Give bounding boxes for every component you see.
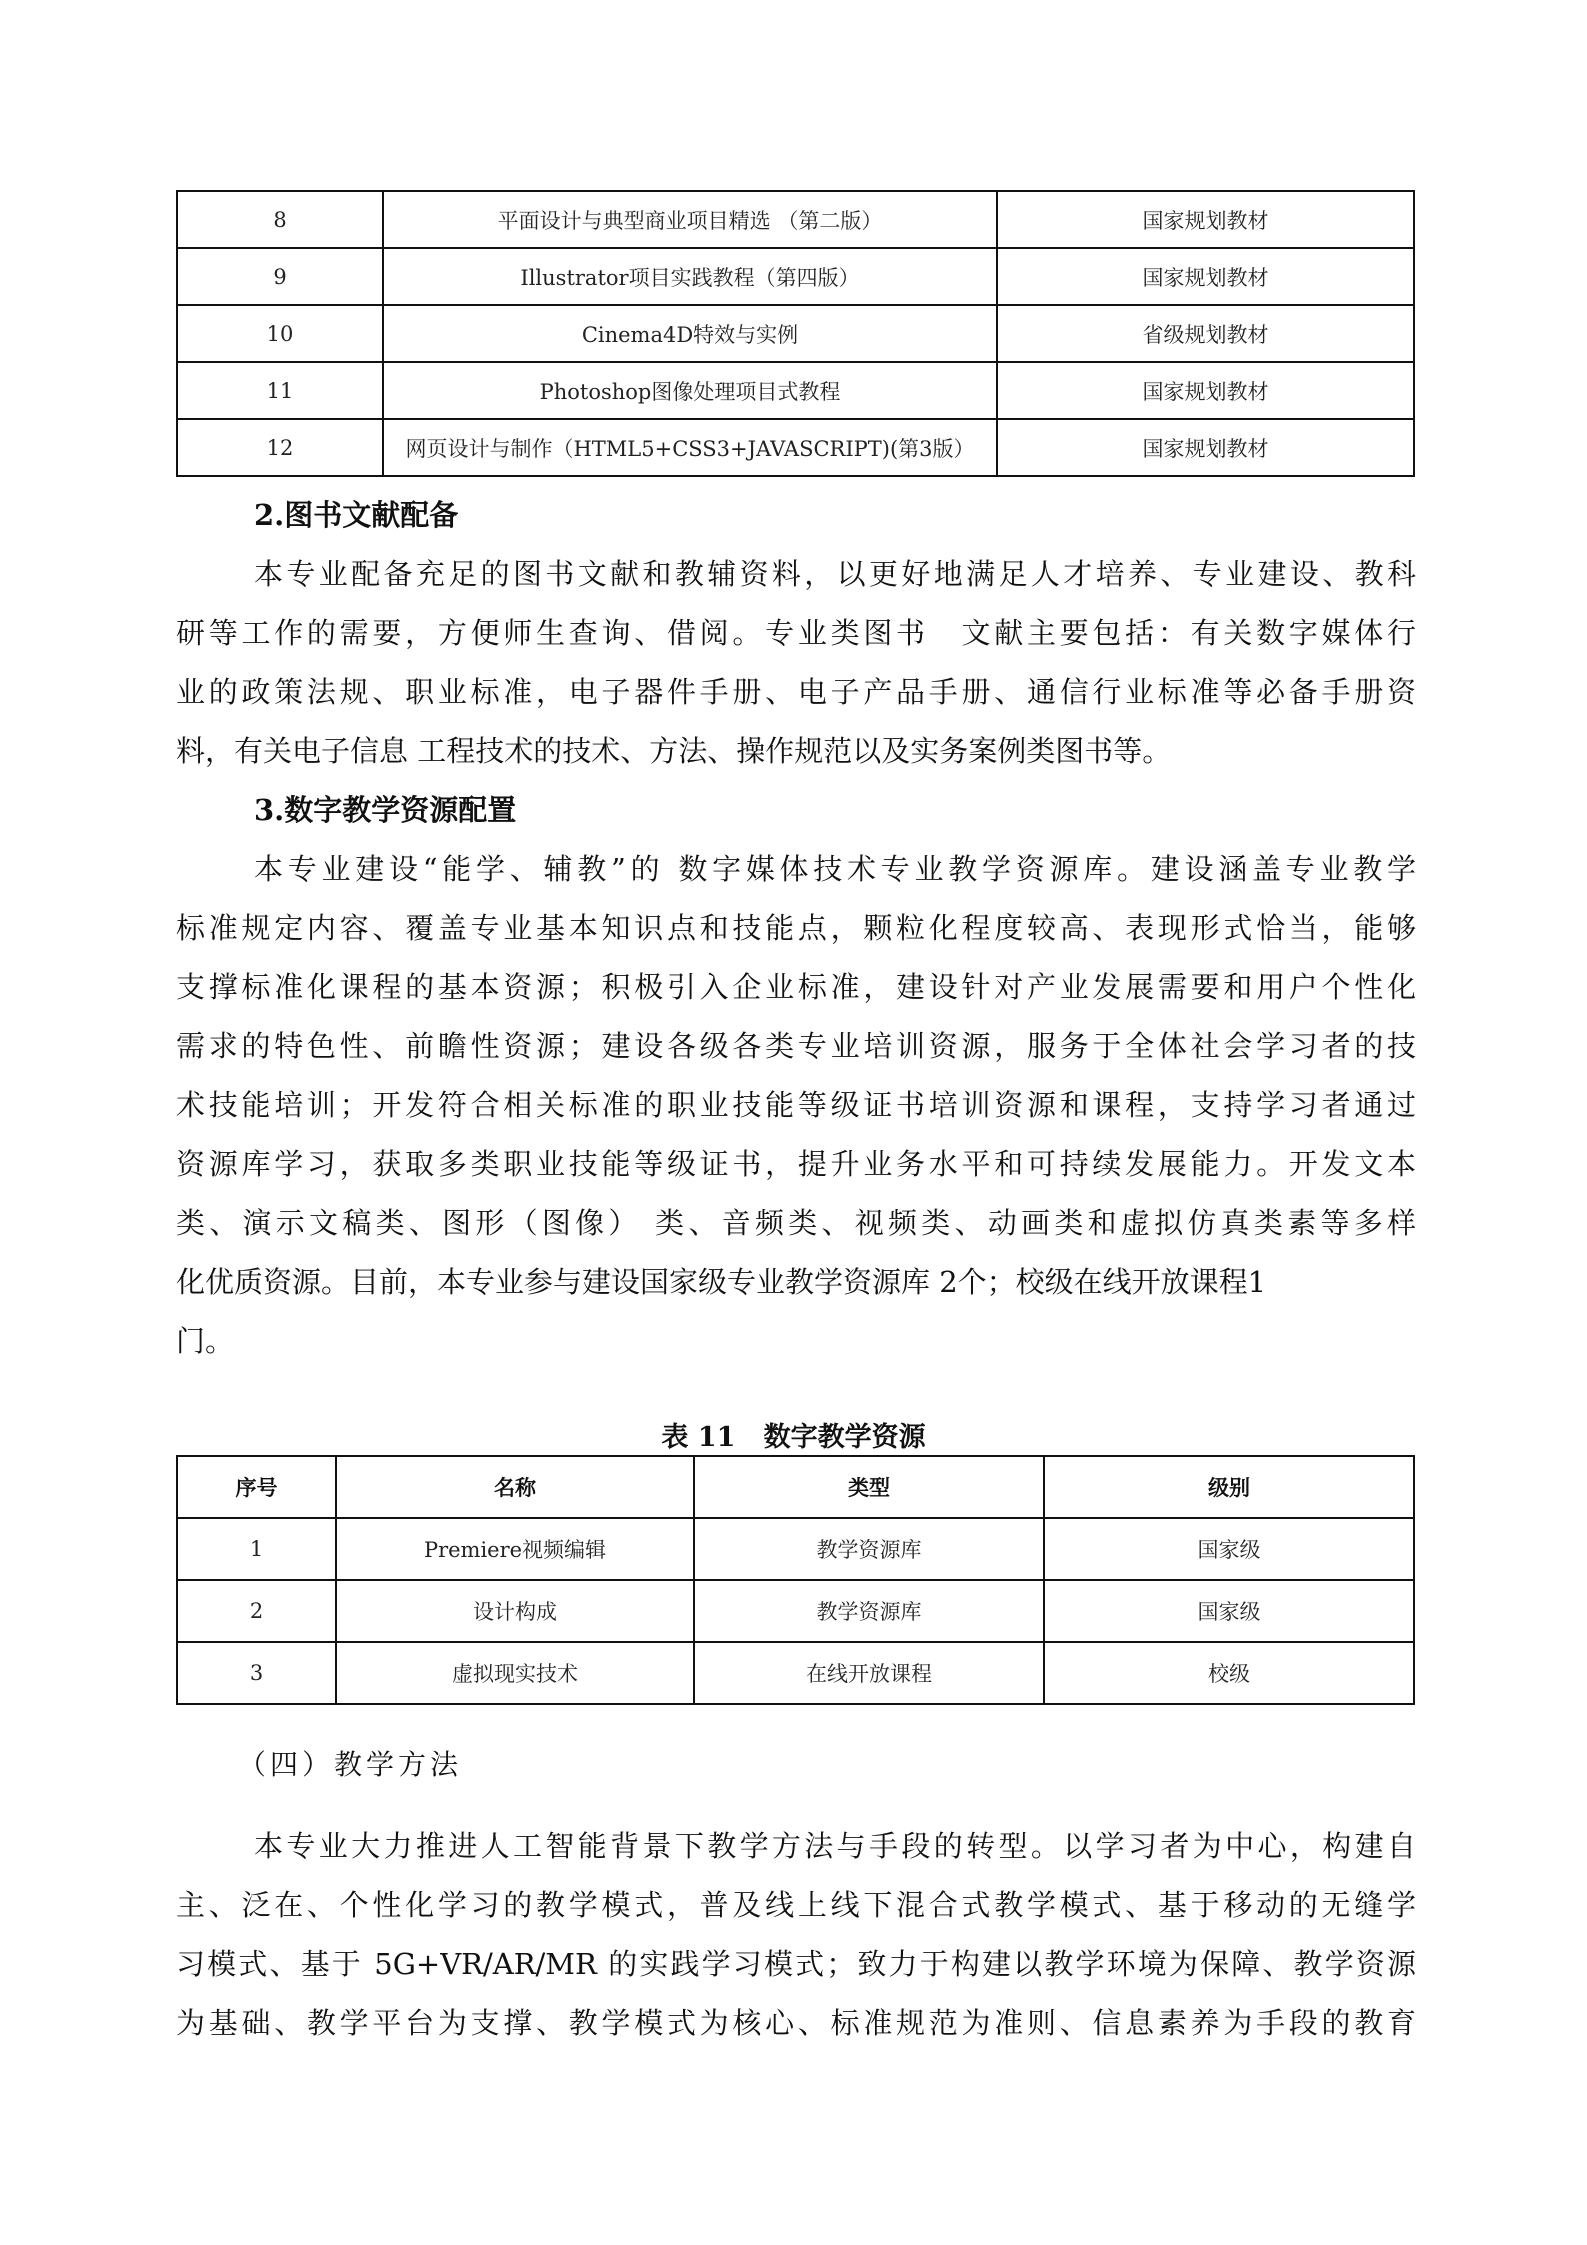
table-row: 1 Premiere视频编辑 教学资源库 国家级	[177, 1518, 1414, 1580]
textbook-title: 网页设计与制作（HTML5+CSS3+JAVASCRIPT)(第3版）	[383, 419, 997, 476]
row-number: 1	[177, 1518, 336, 1580]
table-row: 10 Cinema4D特效与实例 省级规划教材	[177, 305, 1414, 362]
paragraph-line: 本专业大力推进人工智能背景下教学方法与手段的转型。以学习者为中心，构建自	[176, 1817, 1416, 1876]
column-header-number: 序号	[177, 1456, 336, 1518]
paragraph-methods: 本专业大力推进人工智能背景下教学方法与手段的转型。以学习者为中心，构建自 主、泛…	[176, 1817, 1416, 2053]
paragraph-line: 业的政策法规、职业标准，电子器件手册、电子产品手册、通信行业标准等必备手册资	[176, 663, 1416, 722]
resource-type: 教学资源库	[694, 1580, 1044, 1642]
paragraph-line: 门。	[176, 1312, 1416, 1371]
row-number: 10	[177, 305, 383, 362]
table-header-row: 序号 名称 类型 级别	[177, 1456, 1414, 1518]
row-number: 2	[177, 1580, 336, 1642]
table-caption: 表 11 数字教学资源	[0, 1420, 1587, 1456]
paragraph-line: 习模式、基于 5G+VR/AR/MR 的实践学习模式；致力于构建以教学环境为保障…	[176, 1935, 1416, 1994]
resource-name: 虚拟现实技术	[336, 1642, 694, 1704]
paragraph-line: 化优质资源。目前，本专业参与建设国家级专业教学资源库 2个；校级在线开放课程1	[176, 1253, 1416, 1312]
row-number: 11	[177, 362, 383, 419]
table-row: 11 Photoshop图像处理项目式教程 国家规划教材	[177, 362, 1414, 419]
digital-resources-table: 序号 名称 类型 级别 1 Premiere视频编辑 教学资源库 国家级 2 设…	[176, 1455, 1415, 1705]
textbook-table: 8 平面设计与典型商业项目精选 （第二版） 国家规划教材 9 Illustrat…	[176, 190, 1415, 477]
resource-level: 校级	[1044, 1642, 1414, 1704]
column-header-type: 类型	[694, 1456, 1044, 1518]
table-row: 3 虚拟现实技术 在线开放课程 校级	[177, 1642, 1414, 1704]
paragraph-line: 研等工作的需要，方便师生查询、借阅。专业类图书 文献主要包括：有关数字媒体行	[176, 604, 1416, 663]
column-header-name: 名称	[336, 1456, 694, 1518]
row-number: 8	[177, 191, 383, 248]
textbook-type: 国家规划教材	[997, 248, 1414, 305]
paragraph-line: 资源库学习，获取多类职业技能等级证书，提升业务水平和可持续发展能力。开发文本	[176, 1135, 1416, 1194]
paragraph-line: 主、泛在、个性化学习的教学模式，普及线上线下混合式教学模式、基于移动的无缝学	[176, 1876, 1416, 1935]
section-heading-methods: （四）教学方法	[238, 1745, 462, 1785]
paragraph-line: 支撑标准化课程的基本资源；积极引入企业标准，建设针对产业发展需要和用户个性化	[176, 958, 1416, 1017]
table-row: 8 平面设计与典型商业项目精选 （第二版） 国家规划教材	[177, 191, 1414, 248]
textbook-title: 平面设计与典型商业项目精选 （第二版）	[383, 191, 997, 248]
textbook-title: Photoshop图像处理项目式教程	[383, 362, 997, 419]
resource-type: 在线开放课程	[694, 1642, 1044, 1704]
paragraph-line: 料，有关电子信息 工程技术的技术、方法、操作规范以及实务案例类图书等。	[176, 722, 1416, 781]
paragraph-digital: 本专业建设“能学、辅教”的 数字媒体技术专业教学资源库。建设涵盖专业教学 标准规…	[176, 840, 1416, 1371]
row-number: 12	[177, 419, 383, 476]
resource-name: Premiere视频编辑	[336, 1518, 694, 1580]
resource-level: 国家级	[1044, 1518, 1414, 1580]
paragraph-books: 本专业配备充足的图书文献和教辅资料，以更好地满足人才培养、专业建设、教科 研等工…	[176, 545, 1416, 781]
table-row: 12 网页设计与制作（HTML5+CSS3+JAVASCRIPT)(第3版） 国…	[177, 419, 1414, 476]
resource-name: 设计构成	[336, 1580, 694, 1642]
paragraph-line: 为基础、教学平台为支撑、教学模式为核心、标准规范为准则、信息素养为手段的教育	[176, 1994, 1416, 2053]
paragraph-line: 本专业配备充足的图书文献和教辅资料，以更好地满足人才培养、专业建设、教科	[176, 545, 1416, 604]
section-heading-digital: 3.数字教学资源配置	[254, 790, 516, 830]
resource-type: 教学资源库	[694, 1518, 1044, 1580]
table-row: 2 设计构成 教学资源库 国家级	[177, 1580, 1414, 1642]
row-number: 9	[177, 248, 383, 305]
paragraph-line: 类、演示文稿类、图形（图像） 类、音频类、视频类、动画类和虚拟仿真类素等多样	[176, 1194, 1416, 1253]
textbook-type: 国家规划教材	[997, 362, 1414, 419]
paragraph-line: 需求的特色性、前瞻性资源；建设各级各类专业培训资源，服务于全体社会学习者的技	[176, 1017, 1416, 1076]
paragraph-line: 术技能培训；开发符合相关标准的职业技能等级证书培训资源和课程，支持学习者通过	[176, 1076, 1416, 1135]
textbook-type: 省级规划教材	[997, 305, 1414, 362]
textbook-title: Cinema4D特效与实例	[383, 305, 997, 362]
table-row: 9 Illustrator项目实践教程（第四版） 国家规划教材	[177, 248, 1414, 305]
row-number: 3	[177, 1642, 336, 1704]
column-header-level: 级别	[1044, 1456, 1414, 1518]
resource-level: 国家级	[1044, 1580, 1414, 1642]
textbook-title: Illustrator项目实践教程（第四版）	[383, 248, 997, 305]
paragraph-line: 本专业建设“能学、辅教”的 数字媒体技术专业教学资源库。建设涵盖专业教学	[176, 840, 1416, 899]
textbook-type: 国家规划教材	[997, 419, 1414, 476]
section-heading-books: 2.图书文献配备	[254, 495, 458, 535]
paragraph-line: 标准规定内容、覆盖专业基本知识点和技能点，颗粒化程度较高、表现形式恰当，能够	[176, 899, 1416, 958]
textbook-type: 国家规划教材	[997, 191, 1414, 248]
